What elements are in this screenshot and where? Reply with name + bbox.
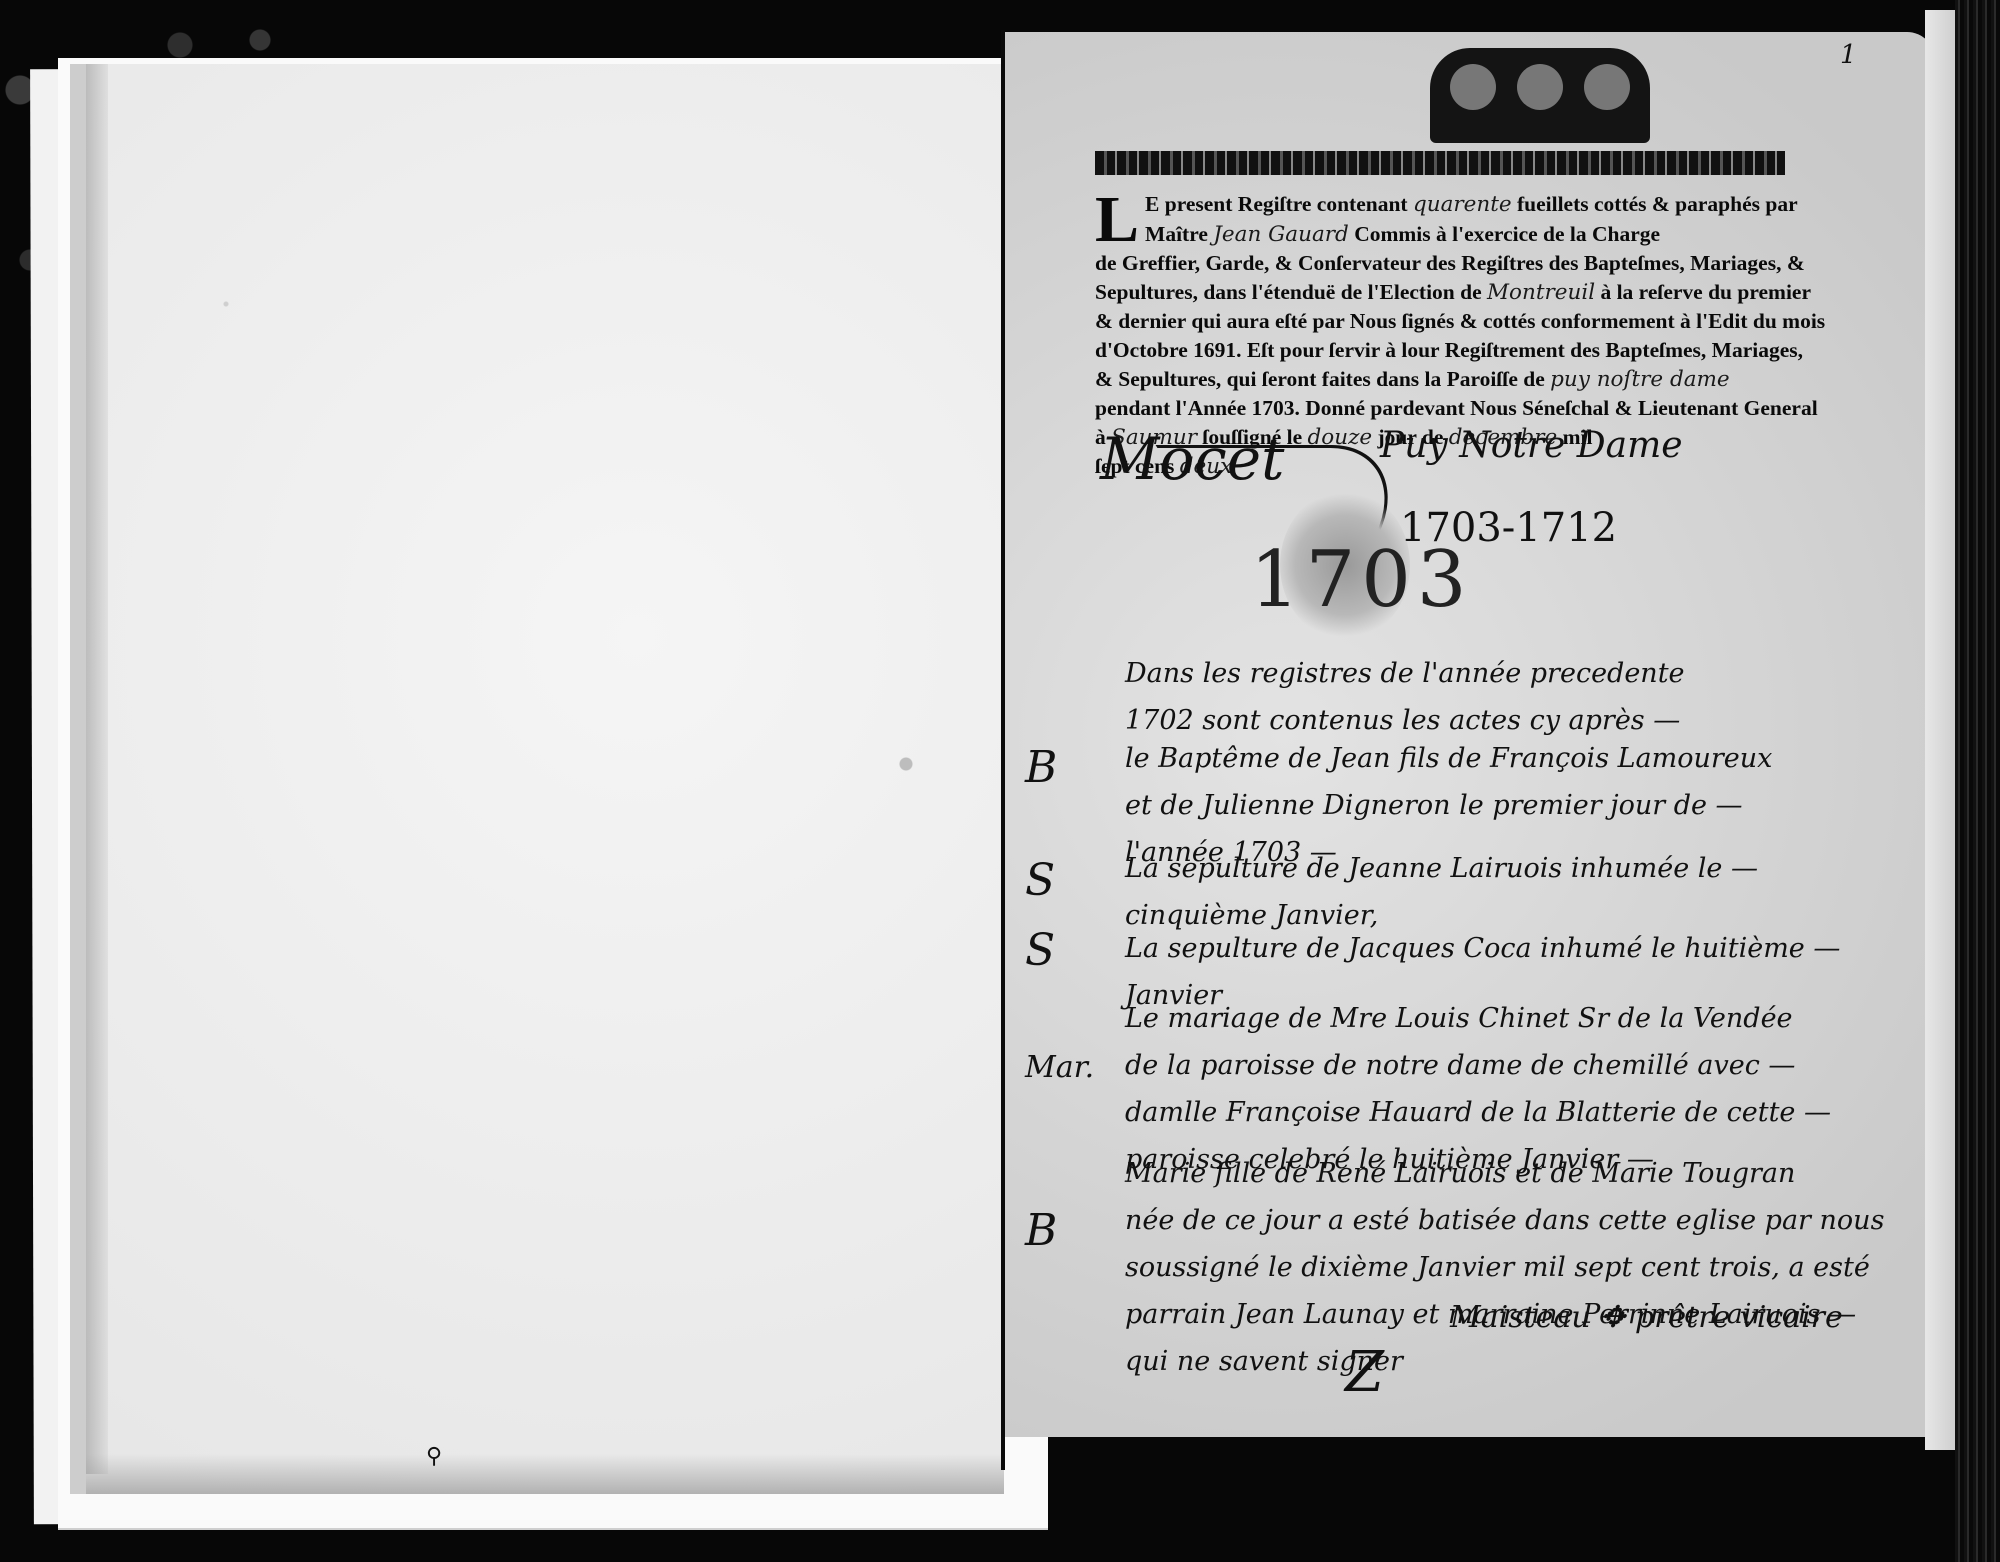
entry-intro: Dans les registres de l'année precedente… <box>1125 650 1685 744</box>
header-line-5: & dernier qui aura eſté par Nous ſignés … <box>1095 307 1795 336</box>
parish-label: Puy Notre Dame <box>1380 425 1683 466</box>
drop-cap: L <box>1095 192 1139 248</box>
left-page-bottom-shadow <box>86 1454 1004 1494</box>
ornament-fleuron-icon <box>1430 48 1650 143</box>
right-page-edge <box>1925 10 1955 1450</box>
folio-number: 1 <box>1840 40 1857 70</box>
header-line-6: d'Octobre 1691. Eſt pour ſervir à lour R… <box>1095 336 1795 365</box>
left-page-blank: ⚲ <box>70 64 1004 1494</box>
header-line-3: de Greffier, Garde, & Conſervateur des R… <box>1095 249 1795 278</box>
left-page-edge-stain <box>86 64 108 1474</box>
margin-marriage: Mar. <box>1025 1050 1094 1085</box>
margin-baptism-2: B <box>1025 1205 1057 1256</box>
entry-baptism-2: Marie fille de René Lairuois et de Marie… <box>1125 1150 1884 1385</box>
header-line-1: E present Regiſtre contenant quarente fu… <box>1095 190 1795 220</box>
header-line-7: & Sepultures, qui ſeront faites dans la … <box>1095 365 1795 395</box>
big-year-label: 1703 <box>1250 535 1473 625</box>
margin-burial-1: S <box>1025 855 1055 906</box>
ornament-band <box>1095 151 1785 175</box>
priest-signature: Maisteau ✥ prêtre vicaire <box>1450 1300 1843 1335</box>
bottom-paraph-mark: Z <box>1345 1340 1384 1405</box>
book-spine <box>1955 0 2000 1562</box>
header-line-8: pendant l'Année 1703. Donné pardevant No… <box>1095 394 1795 423</box>
header-line-4: Sepultures, dans l'étenduë de l'Election… <box>1095 278 1795 308</box>
left-page-mark-icon: ⚲ <box>426 1444 442 1469</box>
header-line-2: Maître Jean Gauard Commis à l'exercice d… <box>1095 220 1795 250</box>
margin-baptism-1: B <box>1025 742 1057 793</box>
margin-burial-2: S <box>1025 925 1055 976</box>
